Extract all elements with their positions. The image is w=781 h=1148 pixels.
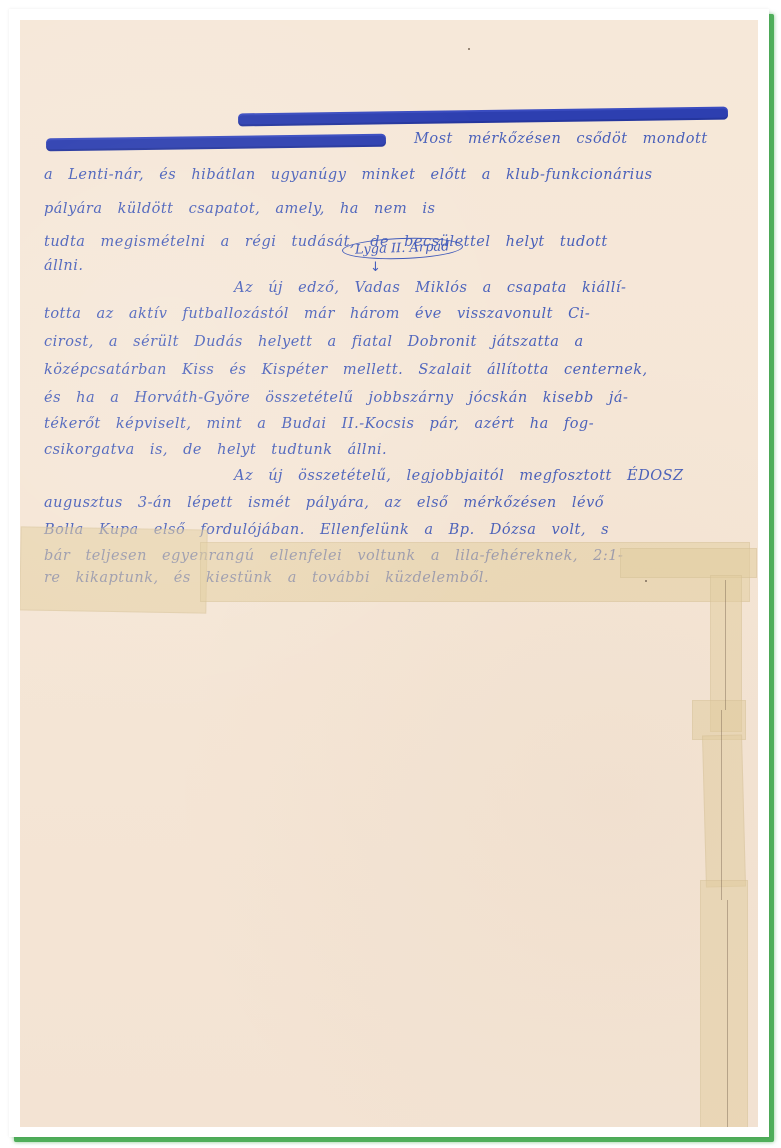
strikethrough-line-1 [238,109,728,125]
text-line: tékerőt képviselt, mint a Budai II.-Kocs… [44,414,594,434]
text-line: csikorgatva is, de helyt tudtunk állni. [44,440,387,460]
tape-strip-vertical-lower [702,735,746,888]
text-line: augusztus 3-án lépett ismét pályára, az … [44,493,604,513]
text-line: Most mérkőzésen csődöt mondott [414,129,708,149]
text-line: Az új összetételű, legjobbjaitól megfosz… [234,466,684,486]
pen-mark [468,48,470,50]
text-line: cirost, a sérült Dudás helyett a fiatal … [44,332,584,352]
text-line: a Lenti-nár, és hibátlan ugyanúgy minket… [44,165,653,185]
text-line: totta az aktív futballozástól már három … [44,304,590,324]
strikethrough-line-2 [46,136,386,150]
paper-tear [721,710,722,900]
text-line: állni. [44,256,84,276]
pen-mark [645,580,647,582]
tape-strip-vertical-bottom [700,880,748,1127]
text-line: középcsatárban Kiss és Kispéter mellett.… [44,360,648,380]
manuscript-page: Lyga II. Árpád ↓ Most mérkőzésen csődöt … [20,20,758,1127]
text-line: Az új edző, Vadas Miklós a csapata kiáll… [234,278,626,298]
text-line: tudta megismételni a régi tudását, de be… [44,232,608,252]
paper-tear [725,580,726,710]
tape-strip-horizontal-left [20,526,208,613]
insertion-arrow-icon: ↓ [370,260,381,275]
paper-tear [727,900,728,1127]
text-line: pályára küldött csapatot, amely, ha nem … [44,199,435,219]
text-line: és ha a Horváth-Györe összetételű jobbsz… [44,388,628,408]
tape-strip-top-right [620,548,757,578]
